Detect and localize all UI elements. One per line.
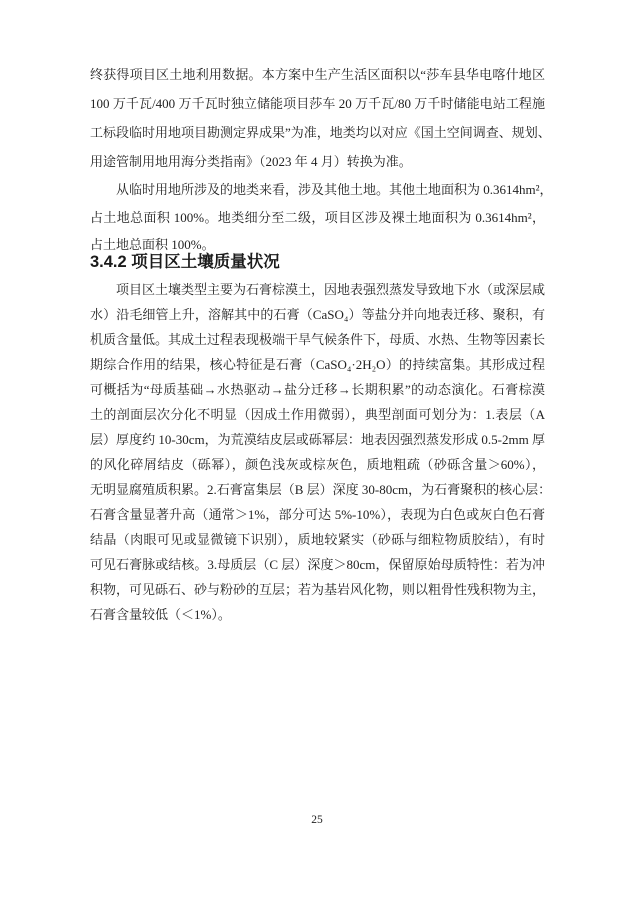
text-line: 水）沿毛细管上升，溶解其中的石膏（CaSO₄）等盐分并向地表迁移、聚积，有: [90, 302, 545, 327]
text-line: 机质含量低。其成土过程表现极端干旱气候条件下，母质、水热、生物等因素长: [90, 327, 545, 352]
page-content: 终获得项目区土地利用数据。本方案中生产生活区面积以“莎车县华电喀什地区100 万…: [90, 60, 545, 627]
document-page: 终获得项目区土地利用数据。本方案中生产生活区面积以“莎车县华电喀什地区100 万…: [0, 0, 634, 898]
page-number: 25: [0, 814, 634, 826]
paragraph-land-use-data: 终获得项目区土地利用数据。本方案中生产生活区面积以“莎车县华电喀什地区100 万…: [90, 60, 545, 176]
text-line: 石膏含量较低（＜1%）。: [90, 602, 545, 627]
text-line: 可见石膏脉或结核。3.母质层（C 层）深度＞80cm，保留原始母质特性：若为冲: [90, 552, 545, 577]
text-line: 占土地总面积 100%。地类细分至二级，项目区涉及裸土地面积为 0.3614hm…: [90, 204, 545, 232]
text-line: 无明显腐殖质积累。2.石膏富集层（B 层）深度 30-80cm，为石膏聚积的核心…: [90, 477, 545, 502]
text-line: 100 万千瓦/400 万千瓦时独立储能项目莎车 20 万千瓦/80 万千时储能…: [90, 89, 545, 118]
text-line: 项目区土壤类型主要为石膏棕漠土，因地表强烈蒸发导致地下水（或深层咸: [90, 277, 545, 302]
text-line: 石膏含量显著升高（通常＞1%，部分可达 5%-10%），表现为白色或灰白色石膏: [90, 502, 545, 527]
text-line: 终获得项目区土地利用数据。本方案中生产生活区面积以“莎车县华电喀什地区: [90, 60, 545, 89]
text-line: 用途管制用地用海分类指南》（2023 年 4 月）转换为准。: [90, 147, 545, 176]
text-line: 期综合作用的结果，核心特征是石膏（CaSO₄·2H₂O）的持续富集。其形成过程: [90, 352, 545, 377]
text-line: 积物，可见砾石、砂与粉砂的互层；若为基岩风化物，则以粗骨性残积物为主，: [90, 577, 545, 602]
paragraph-land-area: 从临时用地所涉及的地类来看，涉及其他土地。其他土地面积为 0.3614hm²，占…: [90, 176, 545, 259]
text-line: 层）厚度约 10-30cm，为荒漠结皮层或砾幂层：地表因强烈蒸发形成 0.5-2…: [90, 427, 545, 452]
paragraph-soil-quality: 项目区土壤类型主要为石膏棕漠土，因地表强烈蒸发导致地下水（或深层咸水）沿毛细管上…: [90, 277, 545, 627]
text-line: 从临时用地所涉及的地类来看，涉及其他土地。其他土地面积为 0.3614hm²，: [90, 176, 545, 204]
text-line: 工标段临时用地项目勘测定界成果”为准，地类均以对应《国土空间调查、规划、: [90, 118, 545, 147]
text-line: 结晶（肉眼可见或显微镜下识别），质地较紧实（砂砾与细粒物质胶结），有时: [90, 527, 545, 552]
section-heading: 3.4.2 项目区土壤质量状况: [90, 251, 545, 273]
text-line: 土的剖面层次分化不明显（因成土作用微弱），典型剖面可划分为：1.表层（A: [90, 402, 545, 427]
text-line: 的风化碎屑结皮（砾幂），颜色浅灰或棕灰色，质地粗疏（砂砾含量＞60%），: [90, 452, 545, 477]
text-line: 可概括为“母质基础→水热驱动→盐分迁移→长期积累”的动态演化。石膏棕漠: [90, 377, 545, 402]
